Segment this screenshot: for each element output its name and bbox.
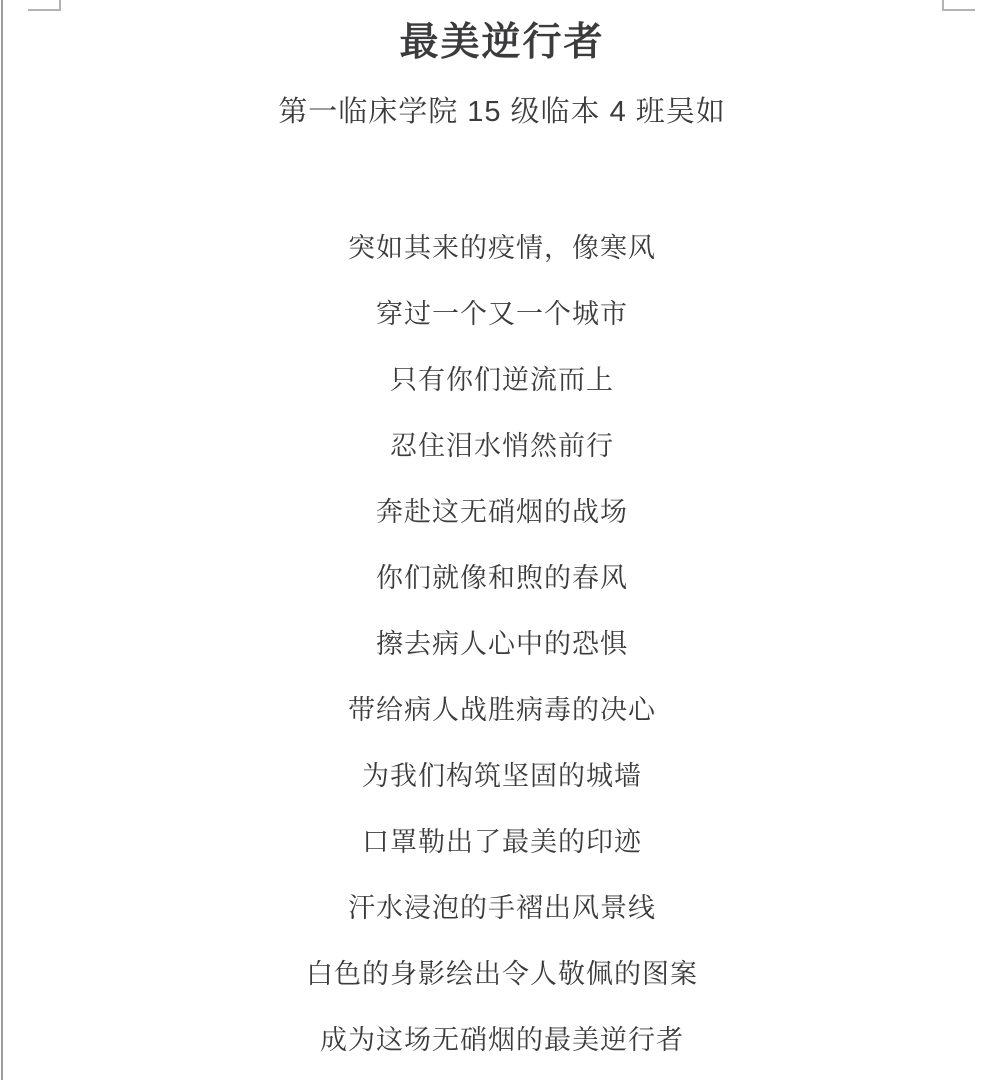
poem-line: 擦去病人心中的恐惧	[0, 611, 1004, 677]
document-content: 最美逆行者 第一临床学院 15 级临本 4 班吴如 突如其来的疫情，像寒风 穿过…	[0, 0, 1004, 1073]
poem-line: 奔赴这无硝烟的战场	[0, 479, 1004, 545]
poem-line: 突如其来的疫情，像寒风	[0, 215, 1004, 281]
poem-line: 口罩勒出了最美的印迹	[0, 809, 1004, 875]
poem-line: 穿过一个又一个城市	[0, 281, 1004, 347]
blank-paragraph	[0, 145, 1004, 215]
poem-line: 汗水浸泡的手褶出风景线	[0, 875, 1004, 941]
poem-line: 成为这场无硝烟的最美逆行者	[0, 1007, 1004, 1073]
poem-body: 突如其来的疫情，像寒风 穿过一个又一个城市 只有你们逆流而上 忍住泪水悄然前行 …	[0, 215, 1004, 1073]
document-page: 最美逆行者 第一临床学院 15 级临本 4 班吴如 突如其来的疫情，像寒风 穿过…	[0, 0, 1004, 1080]
poem-line: 你们就像和煦的春风	[0, 545, 1004, 611]
author-line: 第一临床学院 15 级临本 4 班吴如	[0, 79, 1004, 145]
poem-line: 白色的身影绘出令人敬佩的图案	[0, 941, 1004, 1007]
document-title: 最美逆行者	[0, 16, 1004, 70]
poem-line: 为我们构筑坚固的城墙	[0, 743, 1004, 809]
poem-line: 只有你们逆流而上	[0, 347, 1004, 413]
poem-line: 忍住泪水悄然前行	[0, 413, 1004, 479]
poem-line: 带给病人战胜病毒的决心	[0, 677, 1004, 743]
